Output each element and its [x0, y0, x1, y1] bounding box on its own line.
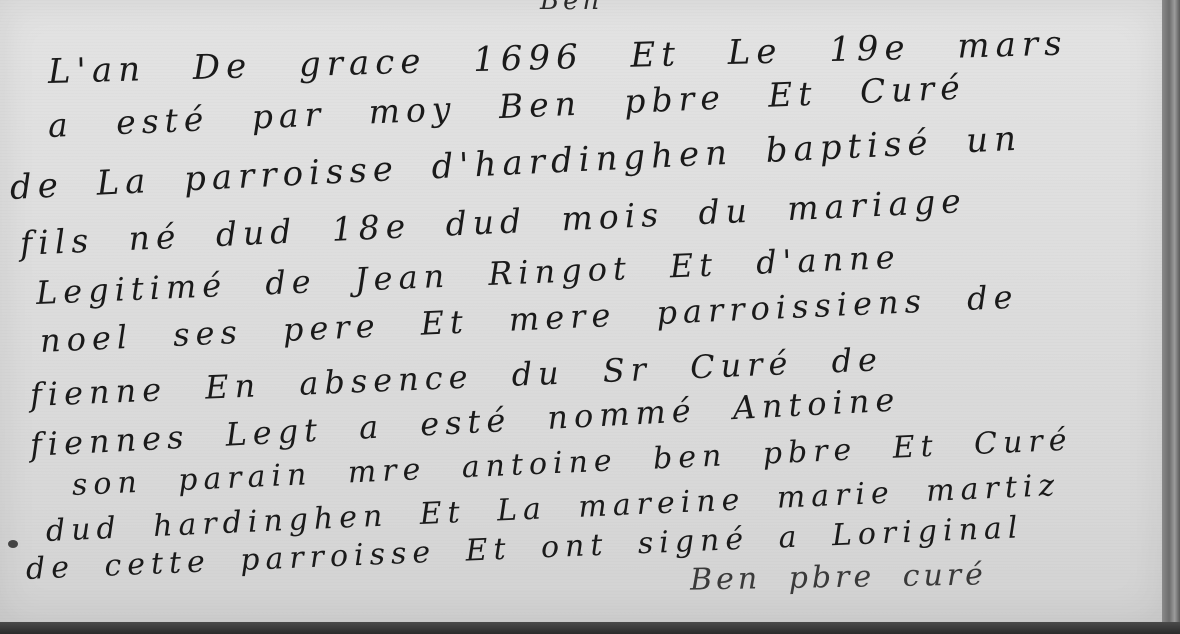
- document-scan: Ben L'an De grace 1696 Et Le 19e mars a …: [0, 0, 1180, 634]
- header-fragment: Ben: [540, 0, 603, 16]
- page-edge-bottom: [0, 622, 1180, 634]
- register-page: Ben L'an De grace 1696 Et Le 19e mars a …: [0, 0, 1163, 623]
- page-edge-right: [1162, 0, 1180, 634]
- ink-blot: [8, 540, 18, 548]
- signature: Ben pbre curé: [690, 557, 987, 597]
